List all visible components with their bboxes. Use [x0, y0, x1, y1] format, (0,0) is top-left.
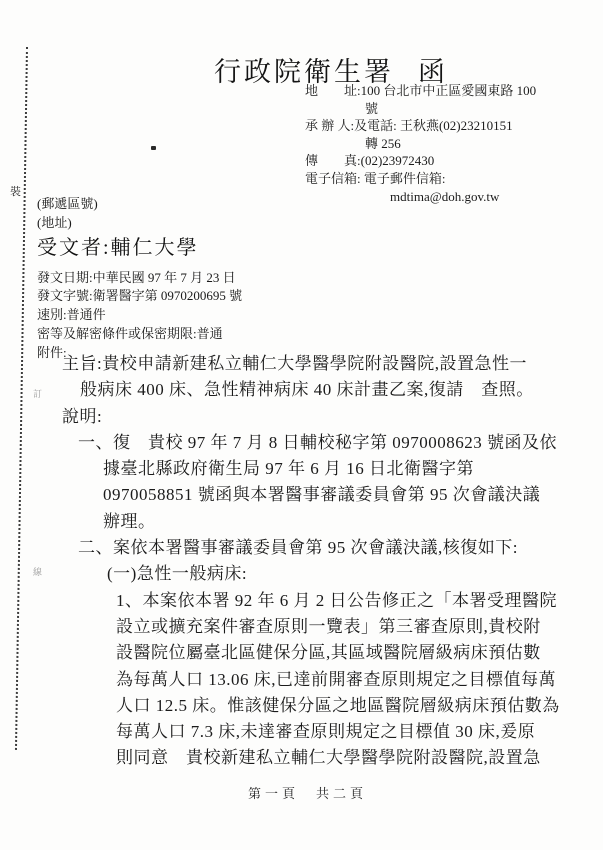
address-line-cont: 號	[305, 100, 597, 118]
binding-dotted-line	[15, 47, 28, 750]
postal-code-placeholder: (郵遞區號)	[37, 195, 457, 214]
address-placeholder: (地址)	[37, 214, 457, 233]
scan-artifact-speck	[151, 146, 156, 150]
scanned-official-letter: 裝 訂 線 行政院衛生署 函 地 址:100 台北市中正區愛國東路 100 號 …	[0, 0, 603, 850]
item-2-1-1-cont: 設醫院位屬臺北區健保分區,其區域醫院層級病床預估數	[62, 640, 578, 666]
item-1-line: 一、復 貴校 97 年 7 月 8 日輔校秘字第 0970008623 號函及依	[62, 430, 578, 456]
contact-person-line-cont: 轉 256	[305, 135, 597, 153]
subject-line: 主旨:貴校申請新建私立輔仁大學醫學院附設醫院,設置急性一	[62, 351, 578, 377]
item-2-line: 二、案依本署醫事審議委員會第 95 次會議決議,核復如下:	[62, 535, 578, 561]
fax-line: 傳 真:(02)23972430	[305, 152, 597, 170]
item-2-1-heading: (一)急性一般病床:	[62, 561, 578, 587]
recipient-block: (郵遞區號) (地址) 受文者:輔仁大學 發文日期:中華民國 97 年 7 月 …	[37, 195, 457, 363]
email-label-line: 電子信箱: 電子郵件信箱:	[305, 170, 597, 188]
speed-line: 速別:普通件	[37, 306, 457, 325]
margin-mark-tie: 訂	[33, 390, 42, 399]
margin-mark-line: 線	[33, 568, 42, 577]
agency-contact-block: 地 址:100 台北市中正區愛國東路 100 號 承 辦 人:及電話: 王秋燕(…	[305, 82, 597, 205]
item-1-cont: 據臺北縣政府衛生局 97 年 6 月 16 日北衛醫字第	[62, 456, 578, 482]
item-2-1-1-cont: 人口 12.5 床。惟該健保分區之地區醫院層級病床預估數為	[62, 693, 578, 719]
addressee-line: 受文者:輔仁大學	[37, 237, 457, 260]
contact-person-line: 承 辦 人:及電話: 王秋燕(02)23210151	[305, 117, 597, 135]
item-2-1-1-cont: 則同意 貴校新建私立輔仁大學醫學院附設醫院,設置急	[62, 745, 578, 771]
security-line: 密等及解密條件或保密期限:普通	[37, 325, 457, 344]
explanation-label: 說明:	[62, 404, 578, 430]
subject-line-cont: 般病床 400 床、急性精神病床 40 床計畫乙案,復請 查照。	[62, 377, 578, 403]
item-1-cont: 0970058851 號函與本署醫事審議委員會第 95 次會議決議	[62, 482, 578, 508]
margin-mark-binding: 裝	[10, 187, 21, 198]
item-2-1-1-cont: 為每萬人口 13.06 床,已達前開審查原則規定之目標值每萬	[62, 667, 578, 693]
item-2-1-1-cont: 設立或擴充案件審查原則一覽表」第三審查原則,貴校附	[62, 614, 578, 640]
item-2-1-1-cont: 每萬人口 7.3 床,未達審查原則規定之目標值 30 床,爰原	[62, 719, 578, 745]
address-line: 地 址:100 台北市中正區愛國東路 100	[305, 82, 597, 100]
ref-number-line: 發文字號:衛署醫字第 0970200695 號	[37, 287, 457, 306]
item-1-cont: 辦理。	[62, 509, 578, 535]
page-number-footer: 第一頁 共二頁	[0, 783, 603, 802]
issue-date-line: 發文日期:中華民國 97 年 7 月 23 日	[37, 269, 457, 288]
letter-body: 主旨:貴校申請新建私立輔仁大學醫學院附設醫院,設置急性一 般病床 400 床、急…	[62, 351, 578, 772]
item-2-1-1-line: 1、本案依本署 92 年 6 月 2 日公告修正之「本署受理醫院	[62, 588, 578, 614]
